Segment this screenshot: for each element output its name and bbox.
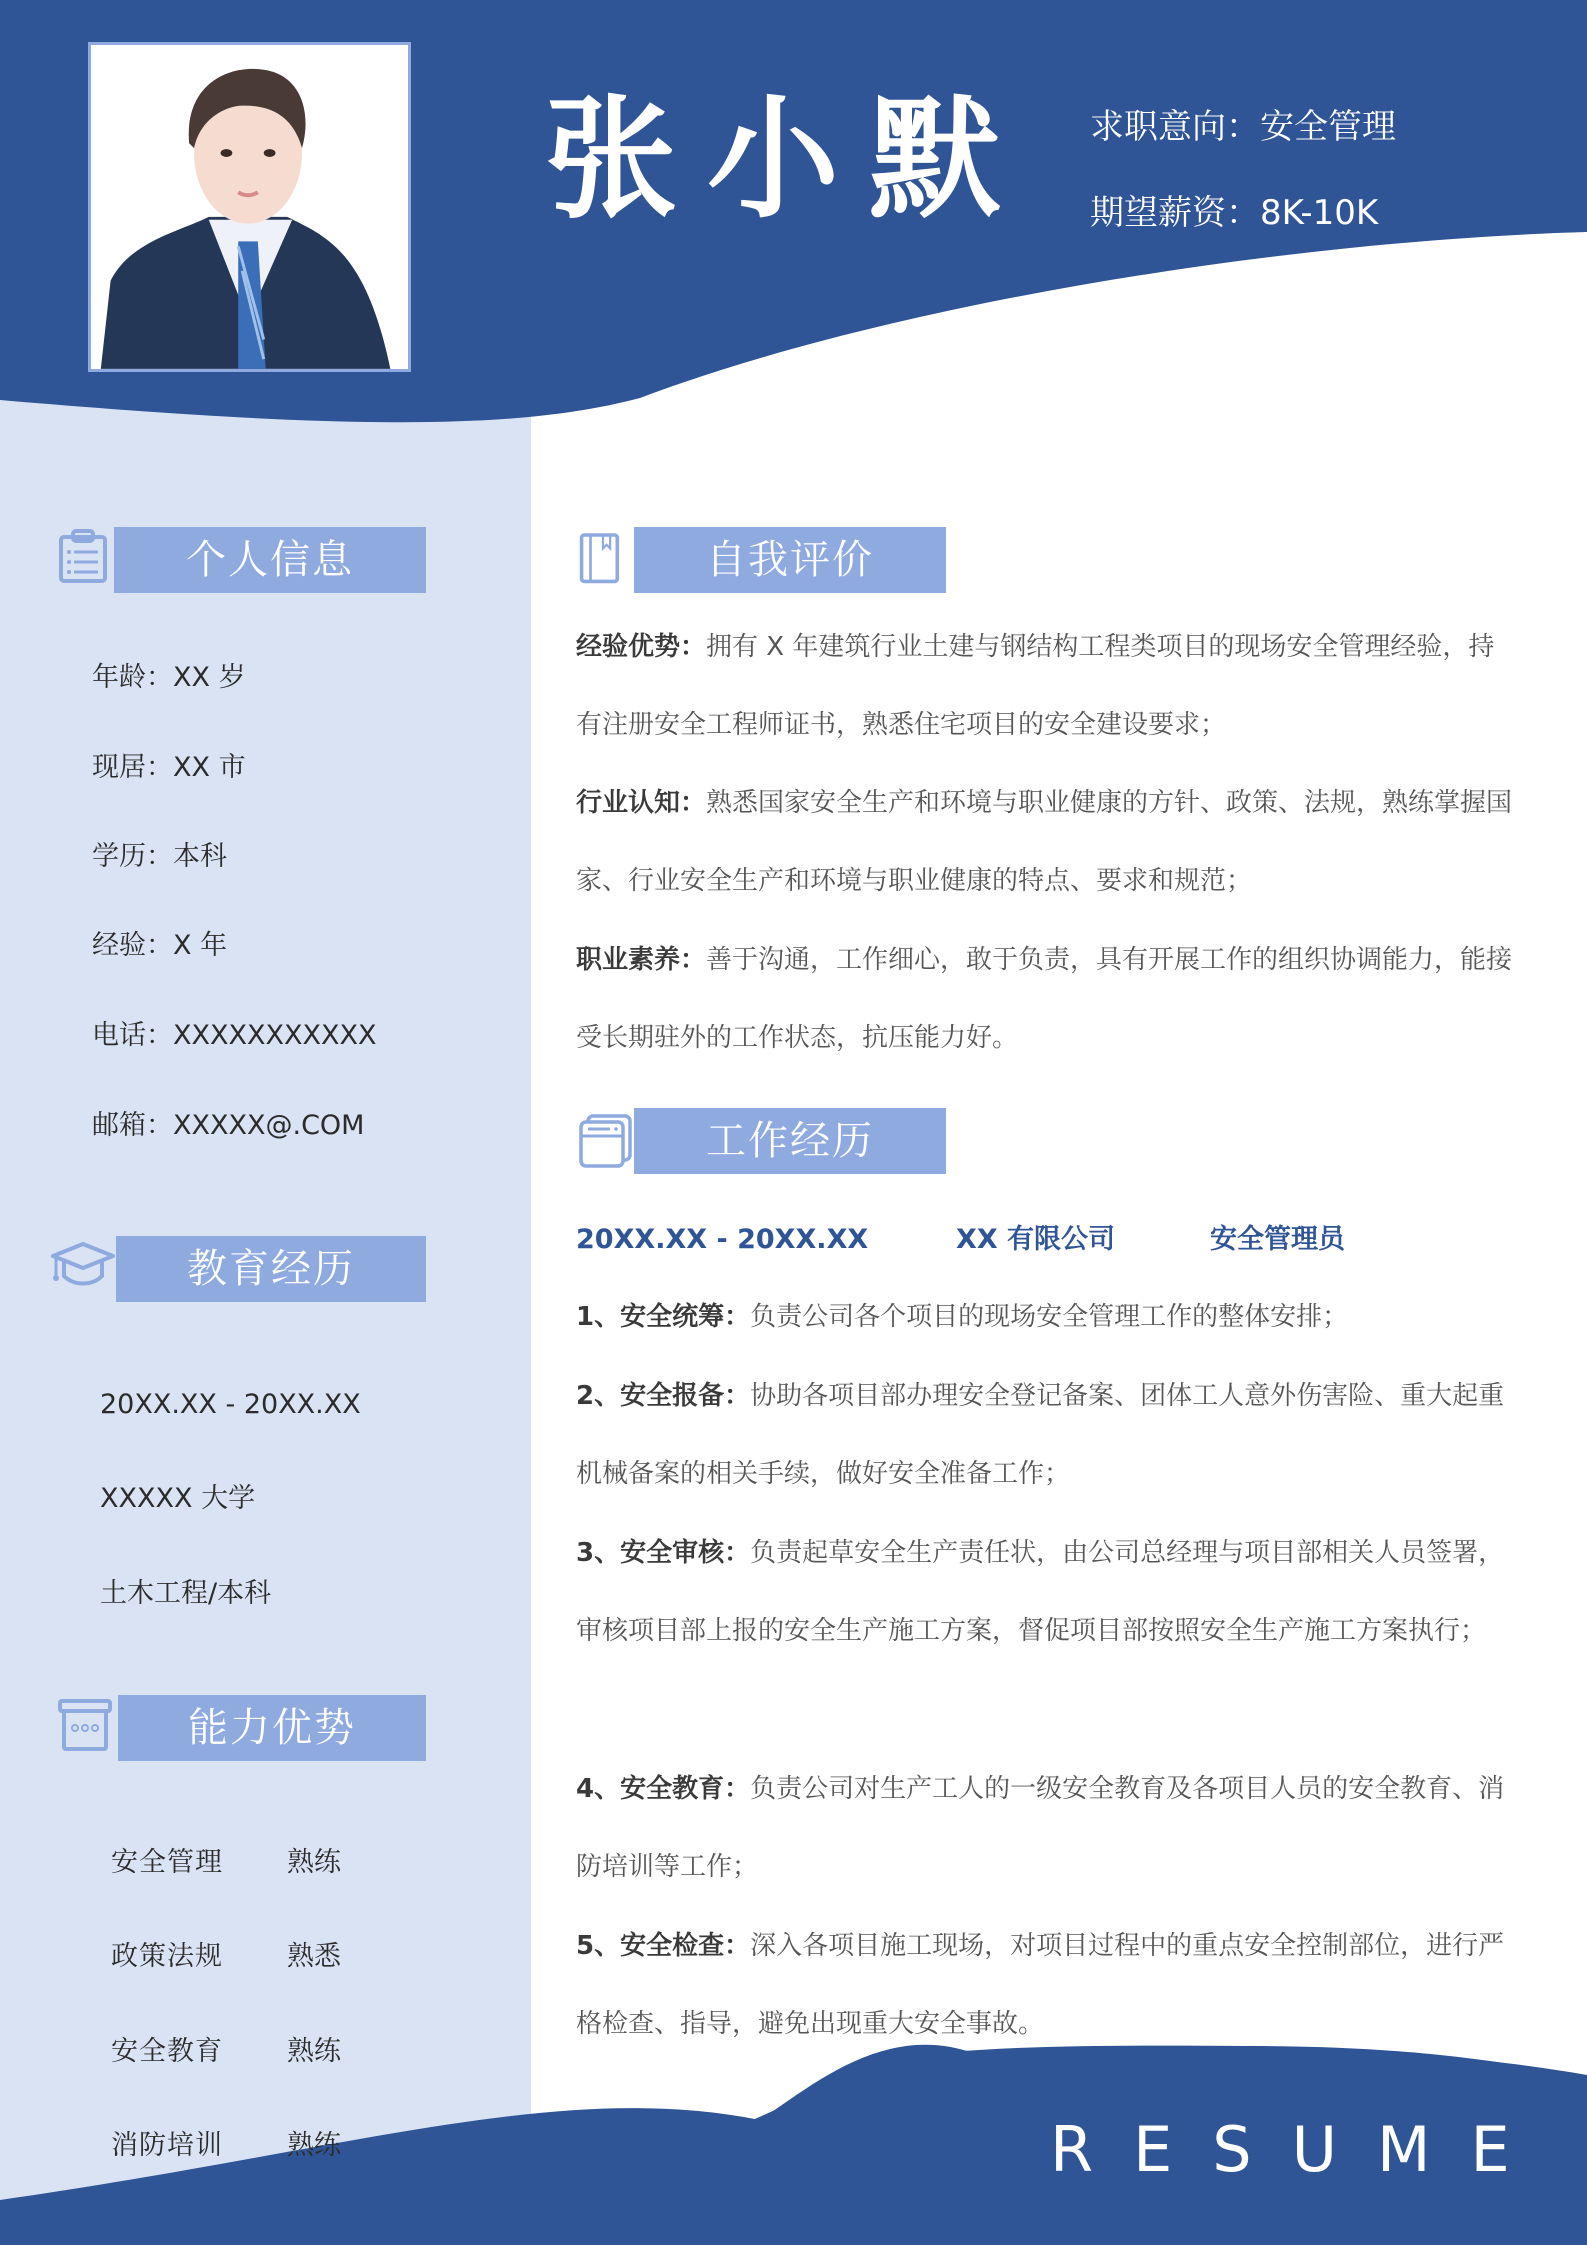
candidate-name: 张小默 <box>545 80 1031 240</box>
self-eval-label: 经验优势： <box>576 632 706 662</box>
duty-label: 2、安全报备： <box>576 1381 750 1411</box>
education-school: XXXXX 大学 <box>100 1481 255 1517</box>
job-period: 20XX.XX - 20XX.XX <box>576 1222 868 1258</box>
job-company: XX 有限公司 <box>956 1222 1115 1258</box>
education-period: 20XX.XX - 20XX.XX <box>100 1387 361 1423</box>
info-phone: 电话：XXXXXXXXXXX <box>92 1018 376 1054</box>
resume-label: RESUME <box>1050 2110 1550 2190</box>
job-intent: 求职意向：安全管理 <box>1090 105 1396 149</box>
profile-photo <box>88 42 411 372</box>
info-experience: 经验：X 年 <box>92 928 227 964</box>
self-eval-text: 善于沟通，工作细心，敢于负责，具有开展工作的组织协调能力，能接受长期驻外的工作状… <box>576 945 1512 1053</box>
section-title: 能力优势 <box>118 1695 426 1761</box>
self-eval-item: 职业素养：善于沟通，工作细心，敢于负责，具有开展工作的组织协调能力，能接受长期驻… <box>576 921 1516 1077</box>
section-self-evaluation: 自我评价 <box>578 527 946 593</box>
education-major: 土木工程/本科 <box>100 1576 271 1612</box>
info-education-level: 学历：本科 <box>92 839 227 875</box>
self-eval-text: 熟悉国家安全生产和环境与职业健康的方针、政策、法规，熟练掌握国家、行业安全生产和… <box>576 788 1512 896</box>
info-residence: 现居：XX 市 <box>92 750 246 786</box>
section-title: 个人信息 <box>114 527 426 593</box>
section-title: 工作经历 <box>634 1108 946 1174</box>
section-education: 教育经历 <box>50 1236 426 1302</box>
self-eval-item: 行业认知：熟悉国家安全生产和环境与职业健康的方针、政策、法规，熟练掌握国家、行业… <box>576 764 1516 920</box>
skill-name: 安全管理 <box>111 1845 287 1881</box>
self-eval-text: 拥有 X 年建筑行业土建与钢结构工程类项目的现场安全管理经验，持有注册安全工程师… <box>576 632 1494 740</box>
skill-name: 政策法规 <box>111 1939 287 1975</box>
duty-item: 1、安全统筹：负责公司各个项目的现场安全管理工作的整体安排； <box>576 1278 1516 1356</box>
skill-row: 消防培训熟练 <box>111 2128 341 2164</box>
self-eval-label: 行业认知： <box>576 788 706 818</box>
duty-text: 负责公司各个项目的现场安全管理工作的整体安排； <box>750 1302 1348 1332</box>
info-email: 邮箱：XXXXX@.COM <box>92 1108 364 1144</box>
duty-label: 4、安全教育： <box>576 1774 750 1804</box>
duty-label: 5、安全检查： <box>576 1931 750 1961</box>
section-work-experience: 工作经历 <box>578 1108 946 1174</box>
expected-salary: 期望薪资：8K-10K <box>1090 191 1378 235</box>
clipboard-icon <box>58 527 114 593</box>
portrait-illustration <box>91 45 408 369</box>
duty-label: 1、安全统筹： <box>576 1302 750 1332</box>
window-stack-icon <box>578 1108 634 1174</box>
graduation-cap-icon <box>50 1236 116 1302</box>
skill-level: 熟练 <box>287 2130 341 2161</box>
skill-level: 熟练 <box>287 2036 341 2067</box>
skill-row: 安全教育熟练 <box>111 2034 341 2070</box>
self-eval-label: 职业素养： <box>576 945 706 975</box>
self-eval-item: 经验优势：拥有 X 年建筑行业土建与钢结构工程类项目的现场安全管理经验，持有注册… <box>576 608 1516 764</box>
duty-item: 5、安全检查：深入各项目施工现场，对项目过程中的重点安全控制部位，进行严格检查、… <box>576 1907 1516 2063</box>
section-personal-info: 个人信息 <box>58 527 426 593</box>
skill-name: 安全教育 <box>111 2034 287 2070</box>
section-title: 自我评价 <box>634 527 946 593</box>
book-icon <box>578 527 628 593</box>
skill-row: 安全管理熟练 <box>111 1845 341 1881</box>
skill-level: 熟练 <box>287 1847 341 1878</box>
section-skills: 能力优势 <box>58 1695 426 1761</box>
skill-level: 熟悉 <box>287 1941 341 1972</box>
section-title: 教育经历 <box>116 1236 426 1302</box>
duty-label: 3、安全审核： <box>576 1538 750 1568</box>
info-age: 年龄：XX 岁 <box>92 660 246 696</box>
skill-name: 消防培训 <box>111 2128 287 2164</box>
job-position: 安全管理员 <box>1210 1222 1345 1258</box>
box-icon <box>58 1695 114 1761</box>
duty-item: 4、安全教育：负责公司对生产工人的一级安全教育及各项目人员的安全教育、消防培训等… <box>576 1750 1516 1906</box>
duty-item: 2、安全报备：协助各项目部办理安全登记备案、团体工人意外伤害险、重大起重机械备案… <box>576 1357 1516 1513</box>
skill-row: 政策法规熟悉 <box>111 1939 341 1975</box>
duty-item: 3、安全审核：负责起草安全生产责任状，由公司总经理与项目部相关人员签署，审核项目… <box>576 1514 1516 1670</box>
